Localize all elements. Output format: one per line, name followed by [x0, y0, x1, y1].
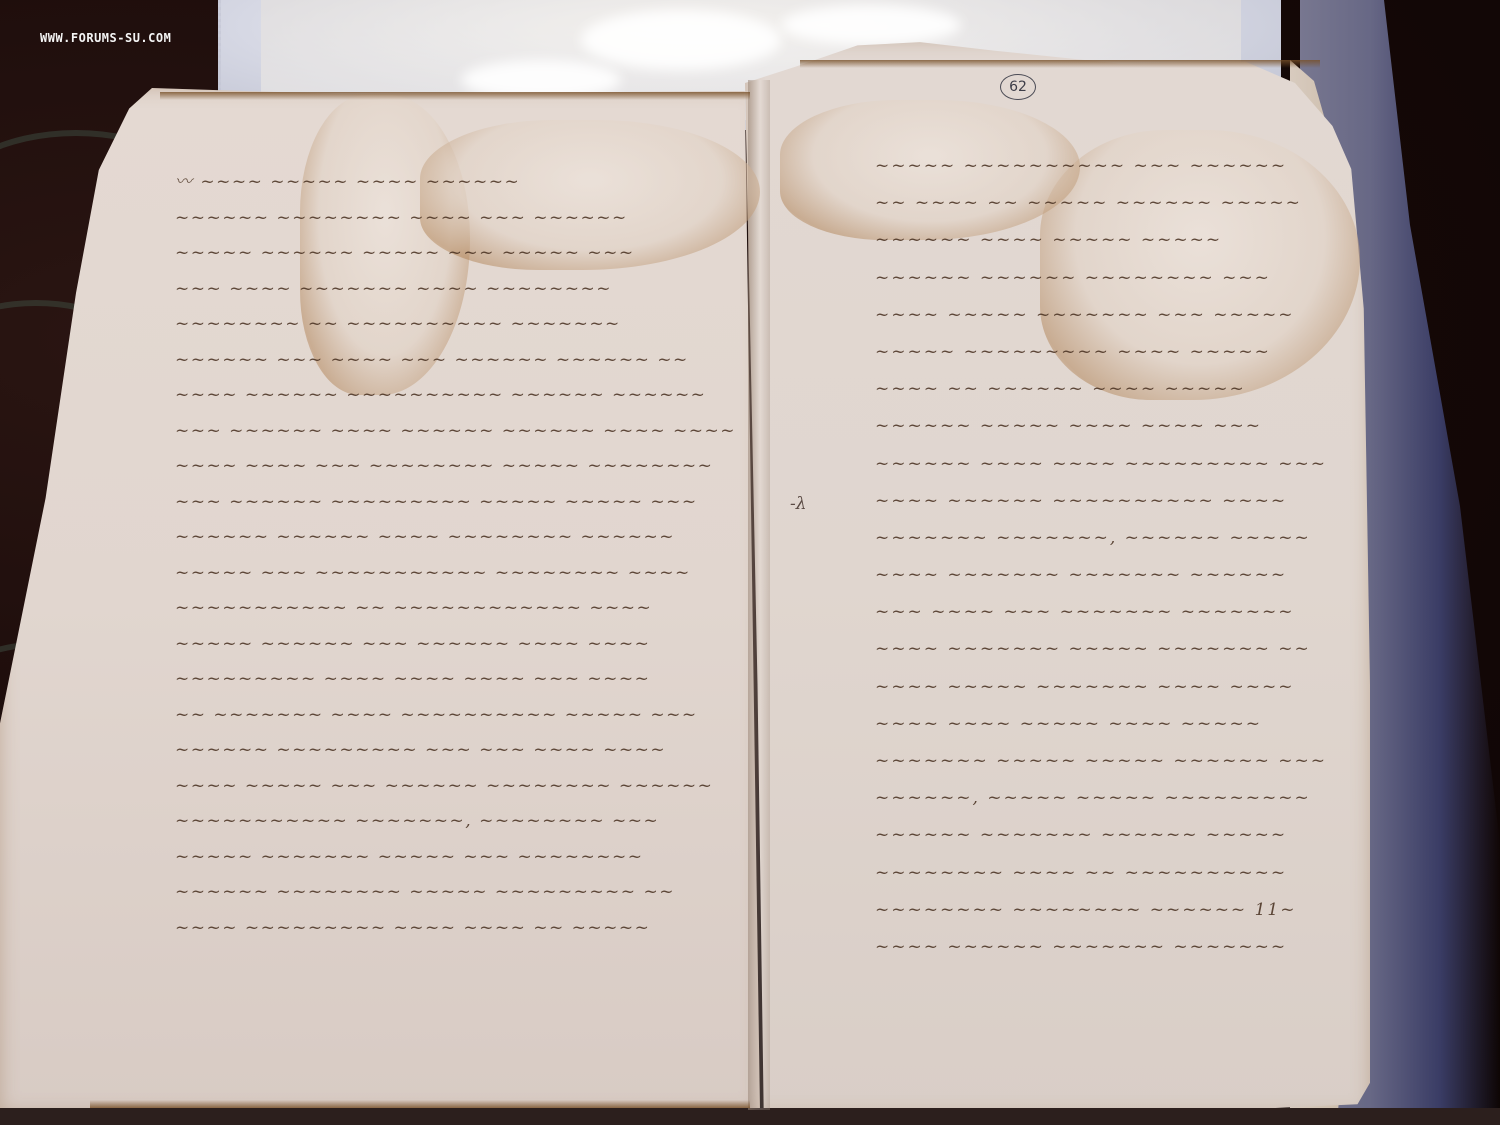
- handwritten-line: ~~~~~~ ~~~~ ~~~~~ ~~~~~: [875, 222, 1365, 259]
- sleeve-reflection: [581, 10, 781, 70]
- handwritten-line: ~~~~~ ~~~ ~~~~~~~~~~~ ~~~~~~~~ ~~~~: [175, 556, 750, 592]
- handwritten-line: ~~~~~~~ ~~~~~~~, ~~~~~~ ~~~~~: [875, 520, 1365, 557]
- margin-mark: -λ: [790, 494, 807, 514]
- handwritten-line: ~~~~ ~~~~~~~~~ ~~~~ ~~~~ ~~ ~~~~~: [175, 911, 750, 947]
- table-surface: [0, 1108, 1500, 1125]
- handwritten-line: ~~ ~~~~ ~~ ~~~~~ ~~~~~~ ~~~~~: [875, 185, 1365, 222]
- handwritten-line: ~~~~~~~~ ~~~~~~~~ ~~~~~~ 11~: [875, 892, 1365, 929]
- handwritten-line: ~~~~~~~~ ~~ ~~~~~~~~~~ ~~~~~~~: [175, 307, 750, 343]
- handwritten-line: ~~~~ ~~~~~~ ~~~~~~~ ~~~~~~~: [875, 929, 1365, 966]
- handwritten-line: ~~~ ~~~~~~ ~~~~ ~~~~~~ ~~~~~~ ~~~~ ~~~~: [175, 414, 750, 450]
- handwritten-line: ~~~~~ ~~~~~~ ~~~ ~~~~~~ ~~~~ ~~~~: [175, 627, 750, 663]
- handwritten-line: ~~~ ~~~~ ~~~ ~~~~~~~ ~~~~~~~: [875, 594, 1365, 631]
- handwritten-line: ~~~~ ~~~~~ ~~~ ~~~~~~ ~~~~~~~~ ~~~~~~: [175, 769, 750, 805]
- handwritten-line: ~~~~~~ ~~~ ~~~~ ~~~ ~~~~~~ ~~~~~~ ~~: [175, 343, 750, 379]
- handwritten-line: ~~~~~~ ~~~~~ ~~~~ ~~~~ ~~~: [875, 408, 1365, 445]
- handwritten-line: 〰 ~~~~ ~~~~~ ~~~~ ~~~~~~: [175, 165, 750, 201]
- handwritten-line: ~~~~ ~~~~~~ ~~~~~~~~~~ ~~~~: [875, 483, 1365, 520]
- handwritten-line: ~~~~~~~~ ~~~~ ~~ ~~~~~~~~~~: [875, 855, 1365, 892]
- handwritten-line: ~~~~~ ~~~~~~~ ~~~~~ ~~~ ~~~~~~~~: [175, 840, 750, 876]
- handwritten-line: ~~~~ ~~~~ ~~~ ~~~~~~~~ ~~~~~ ~~~~~~~~: [175, 449, 750, 485]
- handwritten-line: ~~~~~ ~~~~~~~~~~ ~~~ ~~~~~~: [875, 148, 1365, 185]
- handwritten-line: ~~~~ ~~~~~~~ ~~~~~ ~~~~~~~ ~~: [875, 631, 1365, 668]
- handwritten-line: ~~~~~~ ~~~~~~ ~~~~ ~~~~~~~~ ~~~~~~: [175, 520, 750, 556]
- right-page-text: ~~~~~ ~~~~~~~~~~ ~~~ ~~~~~~ ~~ ~~~~ ~~ ~…: [875, 148, 1365, 966]
- handwritten-line: ~~~~ ~~ ~~~~~~ ~~~~ ~~~~~: [875, 371, 1365, 408]
- handwritten-line: ~~~~~~ ~~~~~~~~ ~~~~~ ~~~~~~~~~ ~~: [175, 875, 750, 911]
- photo-scene: WWW.FORUMS-SU.COM 62 -λ 〰 ~~~~ ~~~~~ ~~~…: [0, 0, 1500, 1125]
- handwritten-line: ~~~~~~ ~~~~~~~ ~~~~~~ ~~~~~: [875, 817, 1365, 854]
- book-spine-fold: [748, 80, 770, 1110]
- handwritten-line: ~~~~ ~~~~~ ~~~~~~~ ~~~~ ~~~~: [875, 669, 1365, 706]
- handwritten-line: ~~~~~~ ~~~~~~ ~~~~~~~~ ~~~: [875, 260, 1365, 297]
- folio-number: 62: [1000, 74, 1036, 100]
- handwritten-line: ~~~ ~~~~ ~~~~~~~ ~~~~ ~~~~~~~~: [175, 272, 750, 308]
- handwritten-line: ~~~~~~~~~ ~~~~ ~~~~ ~~~~ ~~~ ~~~~: [175, 662, 750, 698]
- handwritten-line: ~~~~~~ ~~~~ ~~~~ ~~~~~~~~~ ~~~: [875, 446, 1365, 483]
- page-edge-stain: [800, 60, 1320, 68]
- handwritten-line: ~~~~ ~~~~ ~~~~~ ~~~~ ~~~~~: [875, 706, 1365, 743]
- handwritten-line: ~~~~ ~~~~~~~ ~~~~~~~ ~~~~~~: [875, 557, 1365, 594]
- handwritten-line: ~~~ ~~~~~~ ~~~~~~~~~ ~~~~~ ~~~~~ ~~~: [175, 485, 750, 521]
- handwritten-line: ~~ ~~~~~~~ ~~~~ ~~~~~~~~~~ ~~~~~ ~~~: [175, 698, 750, 734]
- page-edge-stain: [90, 1100, 750, 1108]
- handwritten-line: ~~~~~~ ~~~~~~~~ ~~~~ ~~~ ~~~~~~: [175, 201, 750, 237]
- handwritten-line: ~~~~~ ~~~~~~~~~ ~~~~ ~~~~~: [875, 334, 1365, 371]
- handwritten-line: ~~~~ ~~~~~ ~~~~~~~ ~~~ ~~~~~: [875, 297, 1365, 334]
- sleeve-reflection: [781, 5, 961, 45]
- handwritten-line: ~~~~ ~~~~~~ ~~~~~~~~~~ ~~~~~~ ~~~~~~: [175, 378, 750, 414]
- handwritten-line: ~~~~~~, ~~~~~ ~~~~~ ~~~~~~~~~: [875, 780, 1365, 817]
- handwritten-line: ~~~~~~~~~~~ ~~~~~~~, ~~~~~~~~ ~~~: [175, 804, 750, 840]
- handwritten-line: ~~~~~ ~~~~~~ ~~~~~ ~~~ ~~~~~ ~~~: [175, 236, 750, 272]
- watermark: WWW.FORUMS-SU.COM: [40, 31, 171, 45]
- handwritten-line: ~~~~~~~~~~~ ~~ ~~~~~~~~~~~~ ~~~~: [175, 591, 750, 627]
- left-page-text: 〰 ~~~~ ~~~~~ ~~~~ ~~~~~~ ~~~~~~ ~~~~~~~~…: [175, 165, 750, 946]
- page-edge-stain: [160, 92, 750, 100]
- handwritten-line: ~~~~~~~ ~~~~~ ~~~~~ ~~~~~~ ~~~: [875, 743, 1365, 780]
- handwritten-line: ~~~~~~ ~~~~~~~~~ ~~~ ~~~ ~~~~ ~~~~: [175, 733, 750, 769]
